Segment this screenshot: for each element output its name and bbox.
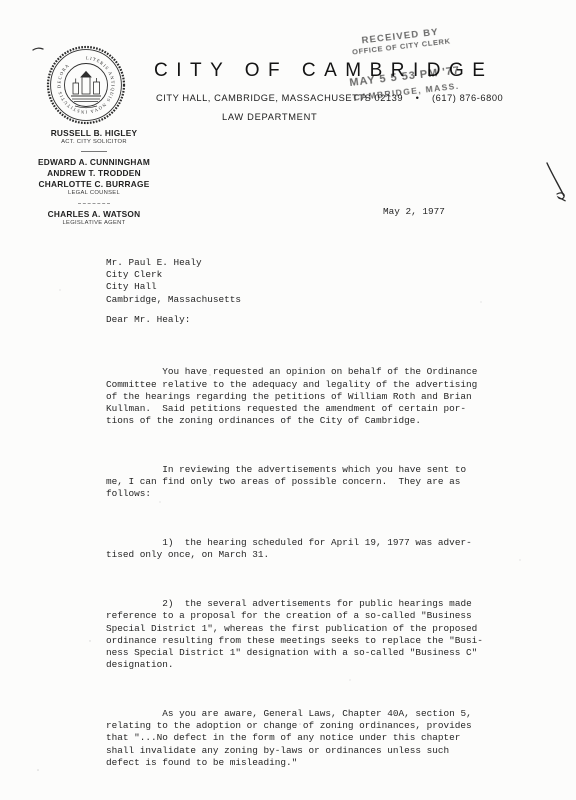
staff-title: ACT. CITY SOLICITOR [14,139,174,146]
body-paragraph-3: 1) the hearing scheduled for April 19, 1… [106,537,490,561]
staff-name: RUSSELL B. HIGLEY [14,128,174,139]
law-department-staff-list: RUSSELL B. HIGLEY ACT. CITY SOLICITOR ED… [14,128,174,227]
staff-entry: CHARLES A. WATSON LEGISLATIVE AGENT [14,209,174,227]
letter-body: You have requested an opinion on behalf … [106,342,490,800]
body-paragraph-4: 2) the several advertisements for public… [106,598,490,671]
recipient-address-block: Mr. Paul E. Healy City Clerk City Hall C… [106,257,241,306]
body-paragraph-5: As you are aware, General Laws, Chapter … [106,708,490,769]
stamp-line-received-by: RECEIVED BY [330,23,470,50]
staff-title: LEGISLATIVE AGENT [14,220,174,227]
staff-divider [81,151,107,152]
letter-date: May 2, 1977 [383,206,445,218]
scanned-letter-page: LITERIS ANTIQUIS NOVA INSTITUTIS DECORA … [0,0,576,800]
staff-divider [78,203,110,204]
staff-entry: CHARLOTTE C. BURRAGE LEGAL COUNSEL [14,179,174,197]
letterhead-department: LAW DEPARTMENT [222,112,317,122]
letterhead-address-line: CITY HALL, CAMBRIDGE, MASSACHUSETTS 0213… [156,93,503,103]
body-paragraph-1: You have requested an opinion on behalf … [106,366,490,427]
city-of-cambridge-seal-icon: LITERIS ANTIQUIS NOVA INSTITUTIS DECORA [46,45,126,125]
seal-center-buildings-illustration [71,72,101,108]
staff-entry: EDWARD A. CUNNINGHAM [14,157,174,168]
staff-title: LEGAL COUNSEL [14,190,174,197]
staff-name: CHARLES A. WATSON [14,209,174,220]
pen-mark-right-margin [547,163,565,201]
staff-name: EDWARD A. CUNNINGHAM [14,157,174,168]
seal-motto-ring: LITERIS ANTIQUIS NOVA INSTITUTIS DECORA [56,55,115,114]
salutation: Dear Mr. Healy: [106,314,190,326]
pen-mark-top-left [33,48,43,50]
stamp-line-office: OFFICE OF CITY CLERK [331,34,471,59]
staff-entry: RUSSELL B. HIGLEY ACT. CITY SOLICITOR [14,128,174,146]
staff-name: ANDREW T. TRODDEN [14,168,174,179]
letterhead-title: CITY OF CAMBRIDGE [154,60,493,82]
staff-entry: ANDREW T. TRODDEN [14,168,174,179]
staff-name: CHARLOTTE C. BURRAGE [14,179,174,190]
body-paragraph-2: In reviewing the advertisements which yo… [106,464,490,501]
